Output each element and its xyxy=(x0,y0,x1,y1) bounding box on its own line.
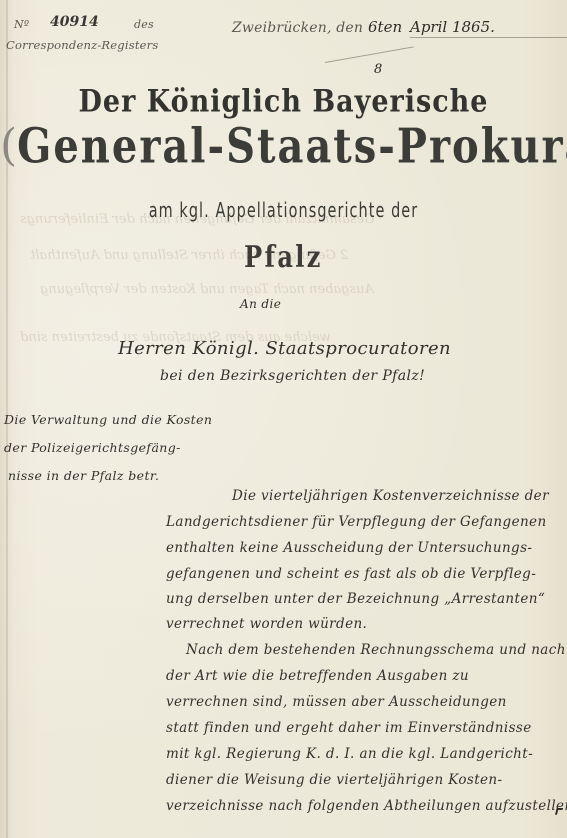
body-line: Die vierteljährigen Kostenverzeichnisse … xyxy=(232,488,549,504)
register-label: Correspondenz-Registers xyxy=(6,38,158,52)
date-day: 6ten xyxy=(368,18,402,36)
body-line: verrechnen sind, müssen aber Ausscheidun… xyxy=(166,694,507,710)
recipient-line-1: Herren Königl. Staatsprocuratoren xyxy=(118,338,451,359)
body-line: gefangenen und scheint es fast als ob di… xyxy=(166,566,536,582)
body-line: verrechnet worden würden. xyxy=(166,616,367,632)
letterhead-line-3: am kgl. Appellationsgerichte der xyxy=(79,198,487,222)
ink-mark: ⌜ xyxy=(552,806,560,827)
date-month-year: April 1865. xyxy=(410,18,567,38)
letterhead-line-2: General-Staats-Prokurator xyxy=(17,118,567,174)
body-line: ung derselben unter der Bezeichnung „Arr… xyxy=(166,591,545,607)
body-line: enthalten keine Ausscheidung der Untersu… xyxy=(166,540,532,556)
letterhead-line-2-wrap: (General-Staats-Prokurator) xyxy=(0,120,567,171)
register-prefix: Nº xyxy=(14,18,29,31)
letterhead-line-1: Der Königlich Bayerische xyxy=(0,84,567,120)
body-line: mit kgl. Regierung K. d. I. an die kgl. … xyxy=(166,746,533,762)
register-number: 40914 xyxy=(50,14,99,30)
body-line: der Art wie die betreffenden Ausgaben zu xyxy=(166,668,469,684)
subject-line-3: nisse in der Pfalz betr. xyxy=(8,468,159,483)
place-date-printed: Zweibrücken, den xyxy=(232,20,363,36)
document-page: Gesammtzahl der Gefangenen nach der Einl… xyxy=(0,0,567,838)
subject-line-2: der Polizeigerichtsgefäng- xyxy=(4,440,181,455)
body-line: Landgerichtsdiener für Verpflegung der G… xyxy=(166,514,547,530)
body-line: verzeichnisse nach folgenden Abtheilunge… xyxy=(166,798,567,814)
subject-line-1: Die Verwaltung und die Kosten xyxy=(4,412,212,427)
body-line: Nach dem bestehenden Rechnungsschema und… xyxy=(186,642,566,658)
flourish-left: ( xyxy=(0,120,17,171)
bleed-through-text: Ausgaben nach Tagen und Kosten der Verpf… xyxy=(40,282,374,297)
address-prefix: An die xyxy=(240,297,281,311)
letterhead-line-4: Pfalz xyxy=(57,240,511,275)
recipient-line-2: bei den Bezirksgerichten der Pfalz! xyxy=(160,368,425,384)
pen-stroke xyxy=(325,46,414,63)
folio-number: 8 xyxy=(374,62,382,77)
body-line: statt finden und ergeht daher im Einvers… xyxy=(166,720,532,736)
body-line: diener die Weisung die vierteljährigen K… xyxy=(166,772,502,788)
register-suffix: des xyxy=(134,18,154,31)
